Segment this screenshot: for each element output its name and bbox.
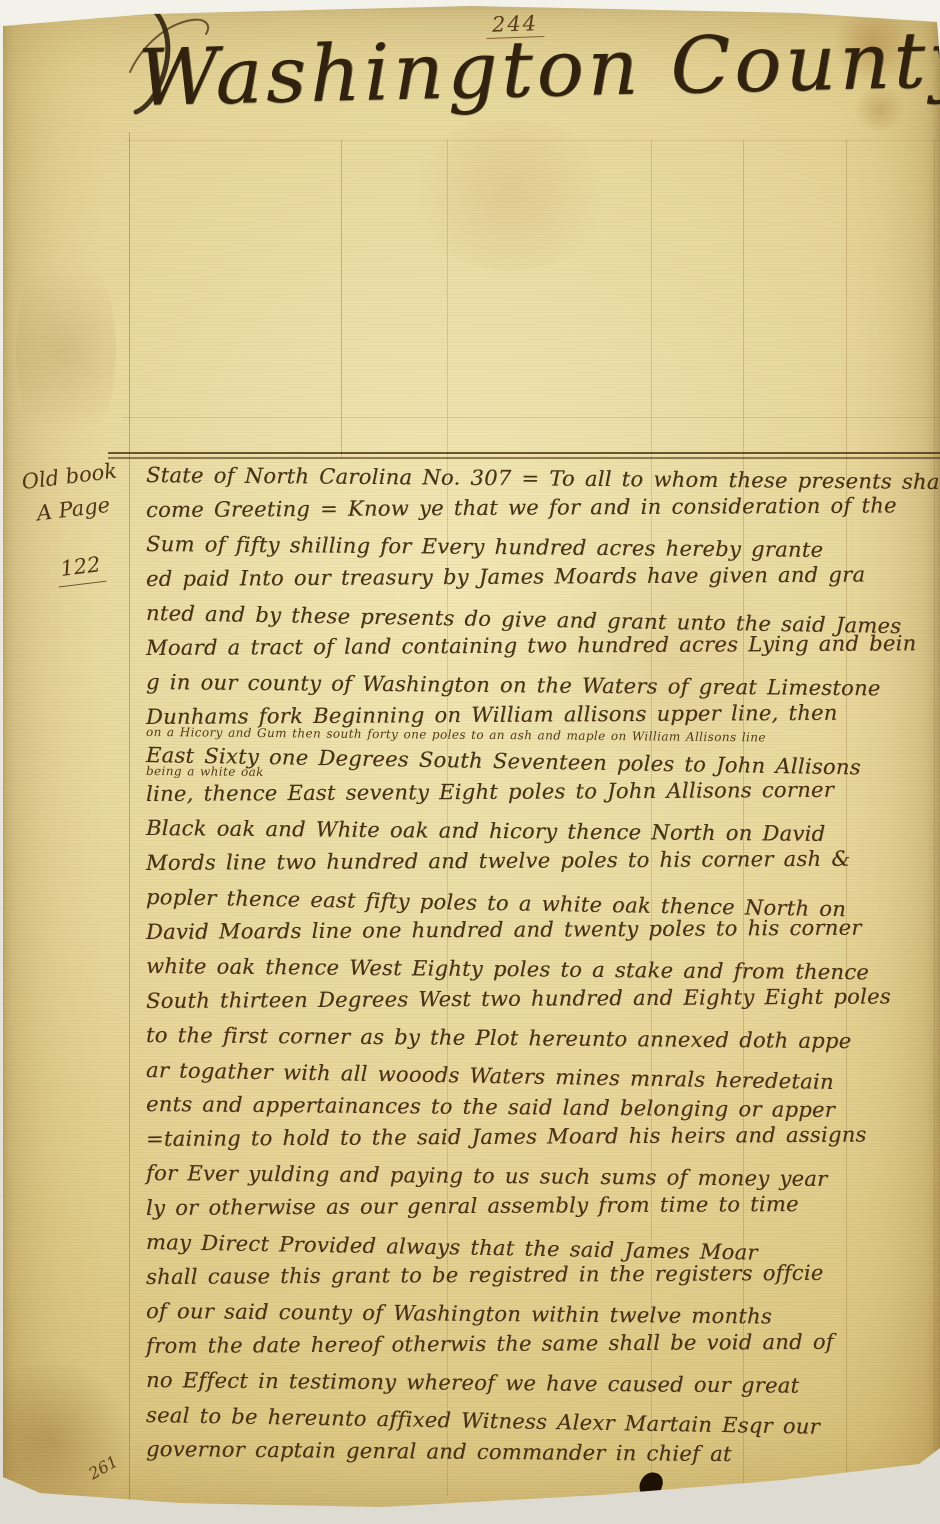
margin-note-bottom-ref: 261 [85,1452,121,1484]
section-divider-rule [108,452,940,454]
margin-note-book-reference: Old book A Page 122 [9,453,141,591]
manuscript-line: ly or otherwise as our genral assembly f… [146,1186,938,1225]
manuscript-line: shall cause this grant to be registred i… [146,1255,938,1294]
manuscript-line: Mords line two hundred and twelve poles … [146,841,938,880]
margin-rule-line [129,132,130,1500]
county-heading: Washington County [137,17,929,125]
manuscript-line: =taining to hold to the said James Moard… [146,1117,938,1156]
manuscript-line: ed paid Into our treasury by James Moard… [146,557,938,596]
stain [0,1360,130,1520]
manuscript-page: 244 Washington County Old book A Page 12… [0,0,940,1524]
stain [400,120,620,270]
faint-rule-line [122,417,940,418]
manuscript-body: State of North Carolina No. 307 = To all… [146,458,938,1467]
manuscript-line: governor captain genral and commander in… [146,1432,938,1473]
stain [16,240,116,460]
margin-note-page-ref: 122 [55,548,107,587]
ink-blot [652,1496,661,1503]
manuscript-line: come Greeting = Know ye that we for and … [146,488,938,527]
manuscript-line: no Effect in testimony whereof we have c… [146,1363,938,1404]
faint-rule-line [125,140,940,141]
manuscript-line: South thirteen Degrees West two hundred … [146,979,938,1018]
manuscript-line: Moard a tract of land containing two hun… [146,626,938,665]
manuscript-line: from the date hereof otherwis the same s… [146,1324,938,1363]
ink-blot [637,1469,666,1501]
manuscript-line: line, thence East seventy Eight poles to… [146,772,938,811]
column-rule-line [341,140,342,458]
manuscript-line: David Moards line one hundred and twenty… [146,910,938,949]
manuscript-line: to the first corner as by the Plot hereu… [146,1018,938,1059]
